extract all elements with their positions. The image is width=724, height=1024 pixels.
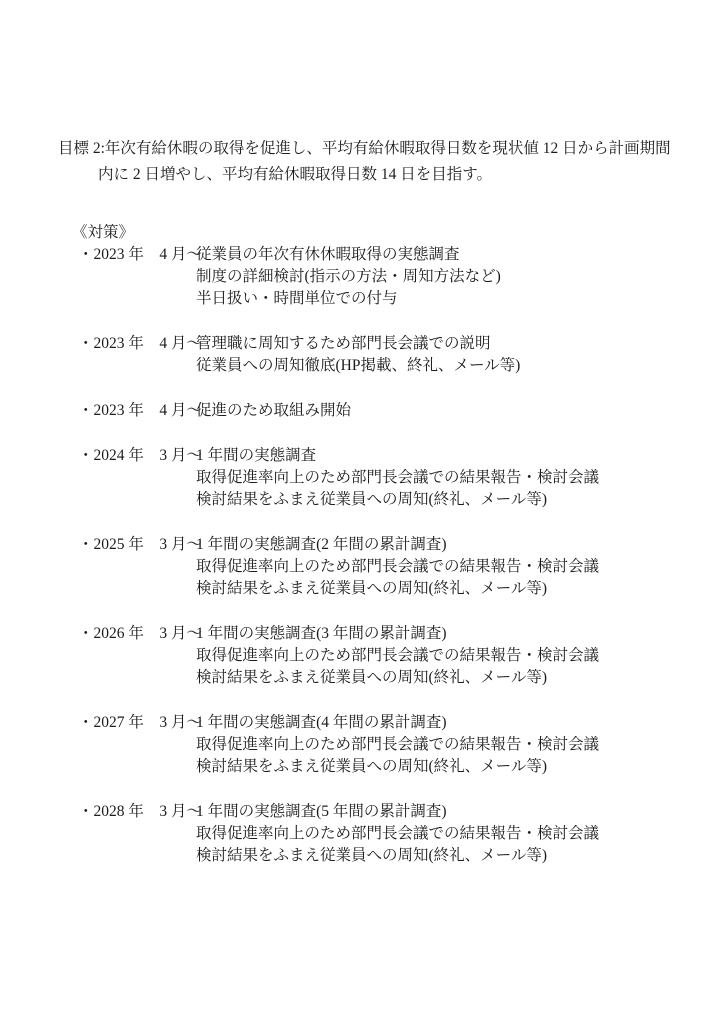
goal-statement: 目標 2:年次有給休暇の取得を促進し、平均有給休暇取得日数を現状値 12 日から…: [0, 0, 724, 188]
entry-line: 検討結果をふまえ従業員への周知(終礼、メール等): [196, 756, 599, 778]
measure-entry: ・2023 年 4 月～ 管理職に周知するため部門長会議での説明 従業員への周知…: [78, 333, 724, 377]
entry-line: 1 年間の実態調査: [196, 445, 599, 467]
entry-line: 1 年間の実態調査(3 年間の累計調査): [196, 623, 599, 645]
entry-description: 管理職に周知するため部門長会議での説明 従業員への周知徹底(HP掲載、終礼、メー…: [196, 333, 520, 377]
entry-line: 1 年間の実態調査(2 年間の累計調査): [196, 534, 599, 556]
entry-date: ・2023 年 4 月～: [78, 333, 196, 377]
entry-date: ・2025 年 3 月～: [78, 534, 196, 600]
entry-line: 促進のため取組み開始: [196, 400, 351, 422]
measure-entry: ・2024 年 3 月～ 1 年間の実態調査 取得促進率向上のため部門長会議での…: [78, 445, 724, 511]
entry-description: 促進のため取組み開始: [196, 400, 351, 422]
entry-line: 取得促進率向上のため部門長会議での結果報告・検討会議: [196, 467, 599, 489]
entry-line: 従業員の年次有休休暇取得の実態調査: [196, 244, 501, 266]
entry-date: ・2026 年 3 月～: [78, 623, 196, 689]
measure-entry: ・2028 年 3 月～ 1 年間の実態調査(5 年間の累計調査) 取得促進率向…: [78, 801, 724, 867]
entry-line: 制度の詳細検討(指示の方法・周知方法など): [196, 266, 501, 288]
entry-line: 検討結果をふまえ従業員への周知(終礼、メール等): [196, 845, 599, 867]
entry-date: ・2028 年 3 月～: [78, 801, 196, 867]
entry-line: 取得促進率向上のため部門長会議での結果報告・検討会議: [196, 556, 599, 578]
entry-line: 従業員への周知徹底(HP掲載、終礼、メール等): [196, 355, 520, 377]
entry-line: 検討結果をふまえ従業員への周知(終礼、メール等): [196, 667, 599, 689]
entry-description: 1 年間の実態調査(5 年間の累計調査) 取得促進率向上のため部門長会議での結果…: [196, 801, 599, 867]
entry-date: ・2023 年 4 月～: [78, 244, 196, 310]
measure-entry: ・2025 年 3 月～ 1 年間の実態調査(2 年間の累計調査) 取得促進率向…: [78, 534, 724, 600]
entry-line: 検討結果をふまえ従業員への周知(終礼、メール等): [196, 489, 599, 511]
entry-description: 1 年間の実態調査(2 年間の累計調査) 取得促進率向上のため部門長会議での結果…: [196, 534, 599, 600]
measures-list: ・2023 年 4 月～ 従業員の年次有休休暇取得の実態調査 制度の詳細検討(指…: [0, 244, 724, 867]
entry-line: 1 年間の実態調査(5 年間の累計調査): [196, 801, 599, 823]
entry-description: 1 年間の実態調査(3 年間の累計調査) 取得促進率向上のため部門長会議での結果…: [196, 623, 599, 689]
entry-date: ・2027 年 3 月～: [78, 712, 196, 778]
document-page: 目標 2:年次有給休暇の取得を促進し、平均有給休暇取得日数を現状値 12 日から…: [0, 0, 724, 1024]
goal-line-2: 内に 2 日増やし、平均有給休暇取得日数 14 日を目指す。: [98, 162, 724, 188]
measures-heading: 《対策》: [72, 222, 724, 244]
goal-line-1: 目標 2:年次有給休暇の取得を促進し、平均有給休暇取得日数を現状値 12 日から…: [58, 136, 724, 162]
entry-line: 1 年間の実態調査(4 年間の累計調査): [196, 712, 599, 734]
measure-entry: ・2026 年 3 月～ 1 年間の実態調査(3 年間の累計調査) 取得促進率向…: [78, 623, 724, 689]
entry-description: 1 年間の実態調査 取得促進率向上のため部門長会議での結果報告・検討会議 検討結…: [196, 445, 599, 511]
entry-line: 検討結果をふまえ従業員への周知(終礼、メール等): [196, 578, 599, 600]
measure-entry: ・2023 年 4 月～ 促進のため取組み開始: [78, 400, 724, 422]
entry-line: 半日扱い・時間単位での付与: [196, 288, 501, 310]
entry-date: ・2024 年 3 月～: [78, 445, 196, 511]
entry-description: 従業員の年次有休休暇取得の実態調査 制度の詳細検討(指示の方法・周知方法など) …: [196, 244, 501, 310]
entry-description: 1 年間の実態調査(4 年間の累計調査) 取得促進率向上のため部門長会議での結果…: [196, 712, 599, 778]
entry-line: 取得促進率向上のため部門長会議での結果報告・検討会議: [196, 823, 599, 845]
measure-entry: ・2027 年 3 月～ 1 年間の実態調査(4 年間の累計調査) 取得促進率向…: [78, 712, 724, 778]
entry-line: 取得促進率向上のため部門長会議での結果報告・検討会議: [196, 734, 599, 756]
entry-date: ・2023 年 4 月～: [78, 400, 196, 422]
entry-line: 取得促進率向上のため部門長会議での結果報告・検討会議: [196, 645, 599, 667]
entry-line: 管理職に周知するため部門長会議での説明: [196, 333, 520, 355]
measure-entry: ・2023 年 4 月～ 従業員の年次有休休暇取得の実態調査 制度の詳細検討(指…: [78, 244, 724, 310]
